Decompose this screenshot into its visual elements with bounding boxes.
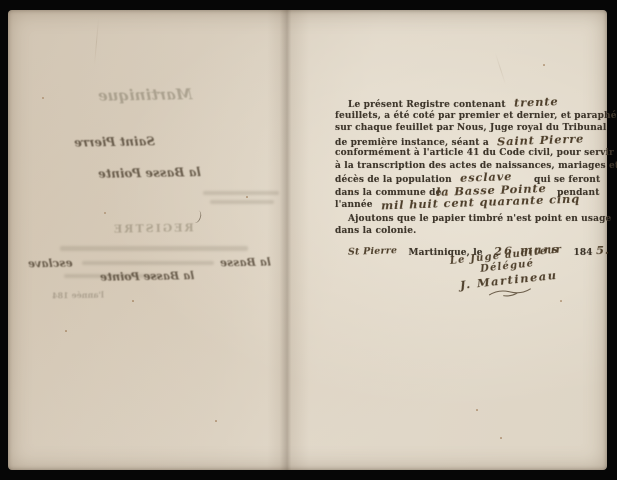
- handwritten-place: St Pierre: [348, 245, 398, 259]
- foxing-speck: [215, 420, 217, 422]
- foxing-speck: [446, 193, 448, 195]
- foxing-speck: [65, 330, 67, 332]
- text-line: Le présent Registre contenanttrente: [348, 97, 601, 110]
- foxing-speck: [500, 437, 502, 439]
- paper-sheet: Martinique Saint Pierre la Basse Pointe …: [8, 10, 607, 470]
- bleedthrough-handwriting-lower-3: la Basse Pointe: [100, 269, 195, 284]
- book-gutter-fold: [267, 10, 309, 470]
- text-line: de première instance, séant aSaint Pierr…: [335, 135, 601, 148]
- foxing-speck: [350, 190, 352, 192]
- foxing-speck: [42, 97, 44, 99]
- text-line: décès de la populationesclavequi se fero…: [335, 172, 601, 185]
- handwritten-fill-trente: trente: [513, 95, 558, 109]
- foxing-speck: [246, 196, 248, 198]
- text-line: Ajoutons que le papier timbré n'est poin…: [348, 213, 601, 226]
- bleedthrough-title-martinique: Martinique: [98, 85, 193, 105]
- foxing-speck: [132, 300, 134, 302]
- bleedthrough-text-bar: [210, 200, 274, 204]
- bleedthrough-handwriting-upper-2: la Basse Pointe: [98, 165, 201, 181]
- foxing-speck: [543, 64, 545, 66]
- bleedthrough-text-bar: [60, 246, 248, 251]
- paper-crease: [495, 53, 506, 86]
- text-line: feuillets, a été coté par premier et der…: [335, 110, 601, 123]
- foxing-speck: [560, 300, 562, 302]
- foxing-speck: [104, 212, 106, 214]
- register-declaration-text: Le présent Registre contenanttrente feui…: [335, 97, 601, 259]
- scanned-register-spread: Martinique Saint Pierre la Basse Pointe …: [0, 0, 617, 480]
- bleedthrough-text-bar: [82, 261, 214, 265]
- left-page: [8, 10, 287, 470]
- bleedthrough-year-line: l'année 184: [52, 290, 104, 301]
- foxing-speck: [476, 409, 478, 411]
- bleedthrough-handwriting-lower-2: la Basse: [220, 256, 271, 270]
- handwritten-fill-saint-pierre: Saint Pierre: [497, 132, 585, 148]
- text-line: l'annéemil huit cent quarante cinq: [335, 197, 601, 210]
- bleedthrough-heading-registre: REGISTRE: [112, 221, 194, 235]
- text-line: conformément à l'article 41 du Code civi…: [335, 147, 601, 160]
- handwritten-year-digit: 5.: [596, 243, 610, 256]
- text-line: dans la colonie.: [335, 225, 601, 238]
- bleedthrough-handwriting-upper-1: Saint Pierre: [74, 134, 155, 149]
- bleedthrough-handwriting-lower-1: esclave: [28, 257, 73, 271]
